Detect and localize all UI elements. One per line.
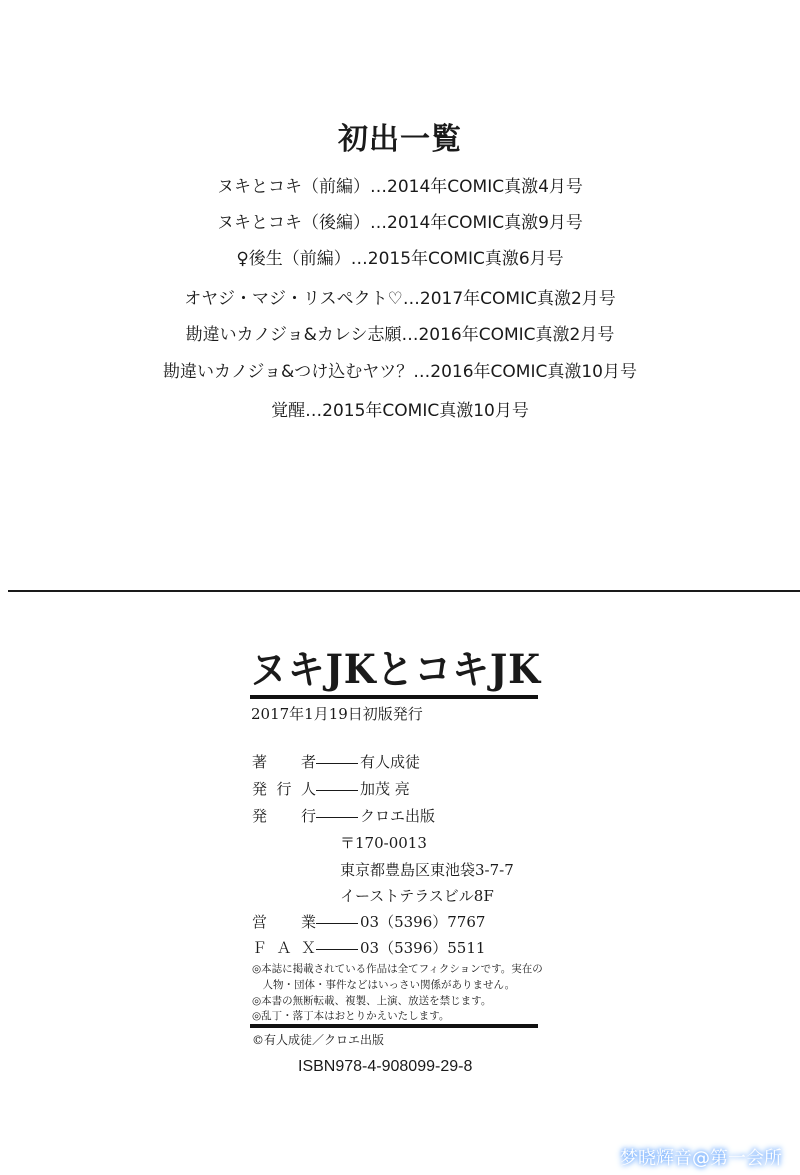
- watermark: 梦晓辉音@第一会所: [620, 1144, 782, 1170]
- dash-separator: [316, 923, 358, 924]
- dash-separator: [316, 949, 358, 950]
- toc-entry: ヌキとコキ（前編）…2014年COMIC真激4月号: [0, 172, 800, 197]
- toc-title: 初出一覧: [0, 114, 800, 158]
- notice-line: ◎本書の無断転載、複製、上演、放送を禁じます。: [252, 993, 491, 1008]
- contact-label: ＦＡＸ: [252, 937, 316, 958]
- toc-entry: 勘違いカノジョ&つけ込むヤツ？…2016年COMIC真激10月号: [0, 357, 800, 382]
- credit-value: 加茂 亮: [360, 780, 410, 798]
- toc-entry: オヤジ・マジ・リスペクト♡…2017年COMIC真激2月号: [0, 284, 800, 309]
- address-postal: 〒170-0013: [340, 832, 427, 853]
- toc-entry: ヌキとコキ（後編）…2014年COMIC真激9月号: [0, 208, 800, 233]
- credit-publisher-person: 発行人加茂 亮: [252, 778, 410, 799]
- dash-separator: [316, 790, 358, 791]
- credit-value: クロエ出版: [360, 807, 435, 825]
- address-street: 東京都豊島区東池袋3-7-7: [340, 859, 514, 880]
- contact-value: 03（5396）7767: [360, 913, 485, 931]
- dash-separator: [316, 763, 358, 764]
- contact-label: 営 業: [252, 911, 316, 932]
- book-title: ヌキJKとコキJK: [250, 638, 541, 695]
- credit-label: 発 行: [252, 805, 316, 826]
- notice-line: ◎乱丁・落丁本はおとりかえいたします。: [252, 1008, 449, 1023]
- isbn: ISBN978-4-908099-29-8: [298, 1058, 472, 1076]
- publish-date: 2017年1月19日初版発行: [251, 703, 423, 724]
- contact-sales: 営 業03（5396）7767: [252, 911, 485, 932]
- credit-label: 著 者: [252, 751, 316, 772]
- title-underline-bar: [250, 695, 538, 699]
- contact-value: 03（5396）5511: [360, 939, 485, 957]
- toc-entry: ♀後生（前編）…2015年COMIC真激6月号: [0, 244, 800, 269]
- section-divider: [8, 590, 800, 592]
- copyright-bar: [250, 1024, 538, 1028]
- notice-line: ◎本誌に掲載されている作品は全てフィクションです。実在の: [252, 961, 543, 976]
- address-building: イーストテラスビル8F: [340, 885, 494, 906]
- credit-label: 発行人: [252, 778, 316, 799]
- credit-value: 有人成徒: [360, 753, 420, 771]
- notice-line: 人物・団体・事件などはいっさい関係がありません。: [252, 977, 515, 992]
- credit-author: 著 者有人成徒: [252, 751, 420, 772]
- dash-separator: [316, 817, 358, 818]
- copyright: ©有人成徒／クロエ出版: [252, 1031, 384, 1048]
- credit-publisher: 発 行クロエ出版: [252, 805, 435, 826]
- contact-fax: ＦＡＸ03（5396）5511: [252, 937, 485, 958]
- toc-entry: 覚醒…2015年COMIC真激10月号: [0, 396, 800, 421]
- toc-entry: 勘違いカノジョ&カレシ志願…2016年COMIC真激2月号: [0, 320, 800, 345]
